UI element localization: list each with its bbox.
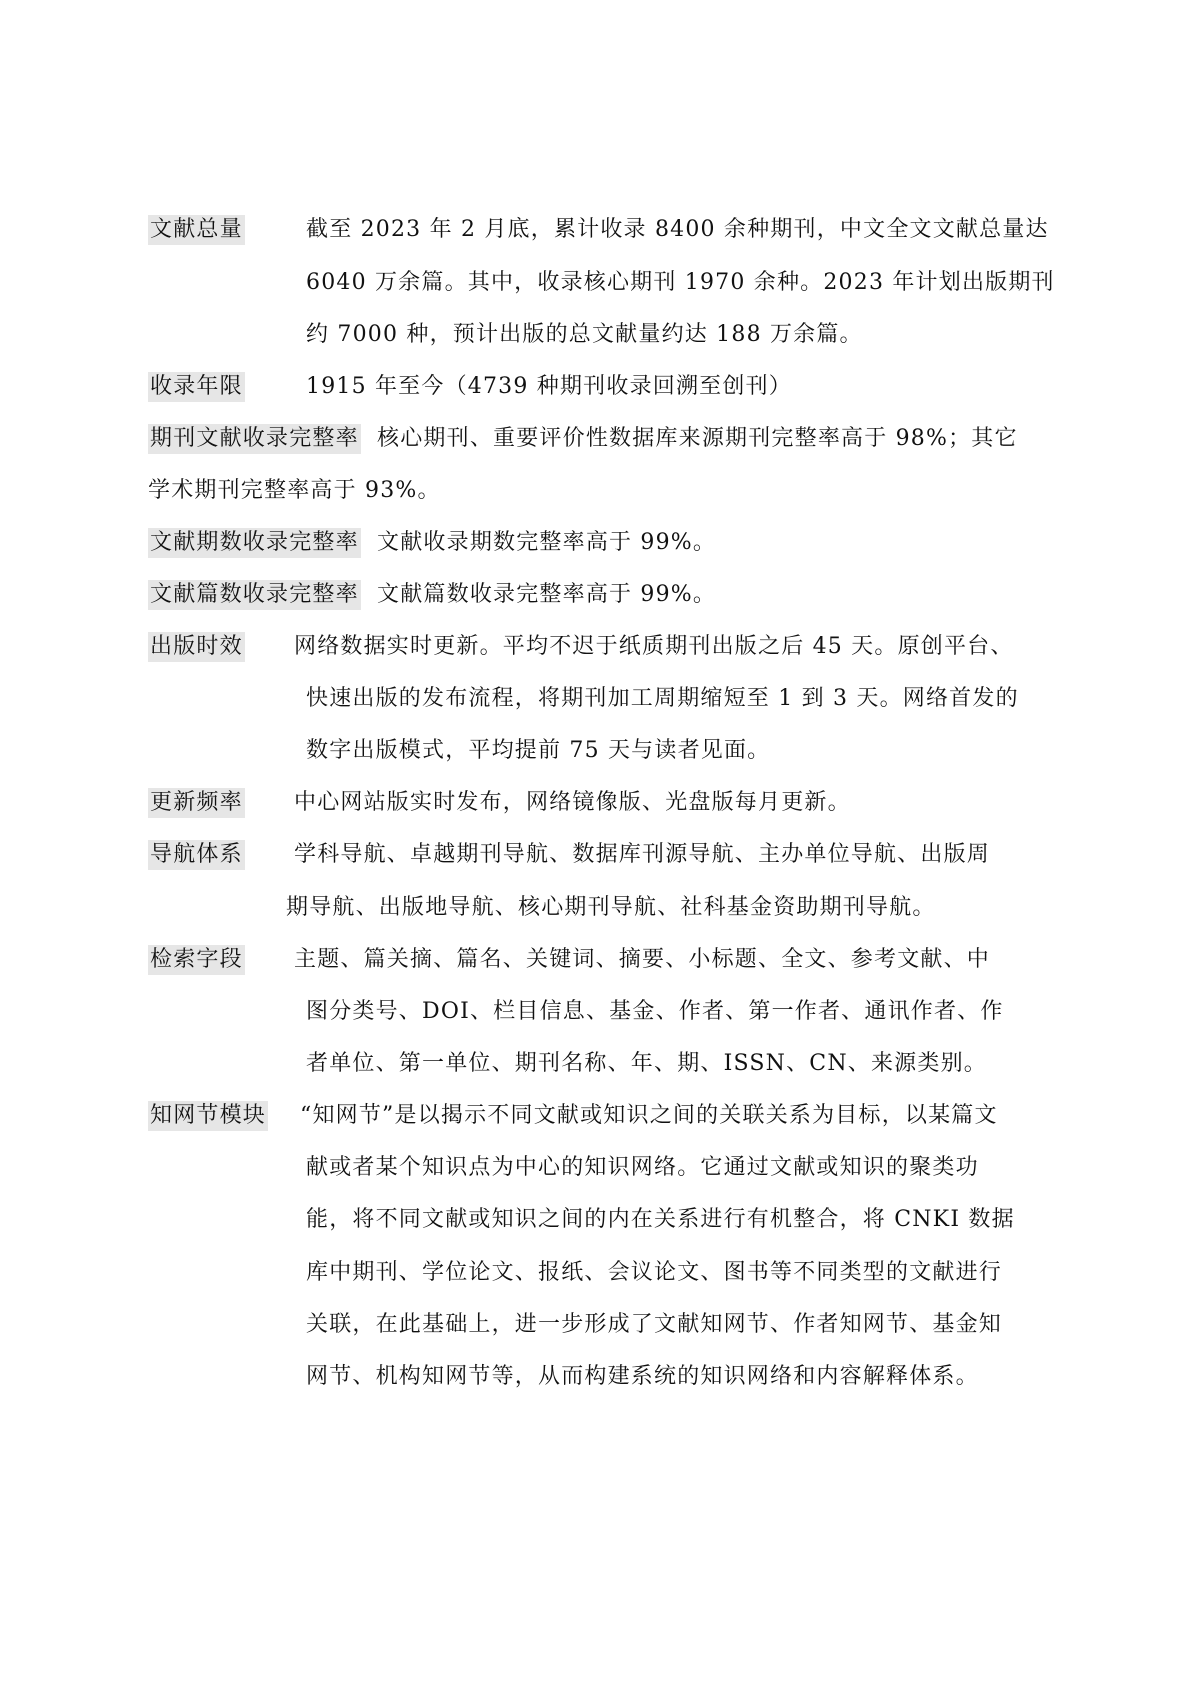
entry-text-line: 截至 2023 年 2 月底，累计收录 8400 余种期刊，中文全文文献总量达	[306, 215, 1049, 245]
entry-label: 更新频率	[148, 788, 245, 818]
entry-text-line: 献或者某个知识点为中心的知识网络。它通过文献或知识的聚类功	[306, 1153, 979, 1183]
entry-label: 知网节模块	[148, 1101, 268, 1131]
entry-coverage-years: 收录年限	[148, 372, 245, 402]
entry-text-line: 快速出版的发布流程，将期刊加工周期缩短至 1 到 3 天。网络首发的	[306, 684, 1019, 714]
entry-search-fields: 检索字段	[148, 945, 245, 975]
entry-text-line: “知网节”是以揭示不同文献或知识之间的关联关系为目标，以某篇文	[300, 1101, 998, 1131]
entry-text-line: 1915 年至今（4739 种期刊收录回溯至创刊）	[306, 372, 792, 402]
entry-update-frequency: 更新频率	[148, 788, 245, 818]
entry-navigation-system: 导航体系	[148, 840, 245, 870]
entry-text-line: 学术期刊完整率高于 93%。	[148, 476, 441, 506]
entry-text-line: 关联，在此基础上，进一步形成了文献知网节、作者知网节、基金知	[306, 1310, 1002, 1340]
entry-issue-completeness: 文献期数收录完整率 文献收录期数完整率高于 99%。	[148, 528, 716, 558]
entry-text-line: 数字出版模式，平均提前 75 天与读者见面。	[306, 736, 770, 766]
entry-label: 导航体系	[148, 840, 245, 870]
entry-label: 检索字段	[148, 945, 245, 975]
entry-text-line: 主题、篇关摘、篇名、关键词、摘要、小标题、全文、参考文献、中	[294, 945, 990, 975]
entry-label: 期刊文献收录完整率	[148, 424, 361, 454]
entry-journal-completeness: 期刊文献收录完整率 核心期刊、重要评价性数据库来源期刊完整率高于 98%；其它	[148, 424, 1018, 454]
entry-text-line: 库中期刊、学位论文、报纸、会议论文、图书等不同类型的文献进行	[306, 1258, 1002, 1288]
entry-text-line: 能，将不同文献或知识之间的内在关系进行有机整合，将 CNKI 数据	[306, 1205, 1015, 1235]
entry-label: 文献期数收录完整率	[148, 528, 361, 558]
entry-text-line: 核心期刊、重要评价性数据库来源期刊完整率高于 98%；其它	[377, 424, 1018, 454]
entry-label: 出版时效	[148, 632, 245, 662]
entry-text-line: 文献收录期数完整率高于 99%。	[377, 528, 716, 558]
entry-article-completeness: 文献篇数收录完整率 文献篇数收录完整率高于 99%。	[148, 580, 716, 610]
entry-label: 收录年限	[148, 372, 245, 402]
entry-knowledge-node-module: 知网节模块	[148, 1101, 268, 1131]
entry-text-line: 期导航、出版地导航、核心期刊导航、社科基金资助期刊导航。	[286, 893, 936, 923]
entry-label: 文献篇数收录完整率	[148, 580, 361, 610]
entry-text-line: 图分类号、DOI、栏目信息、基金、作者、第一作者、通讯作者、作	[306, 997, 1004, 1027]
entry-label: 文献总量	[148, 215, 245, 245]
entry-text-line: 网节、机构知网节等，从而构建系统的知识网络和内容解释体系。	[306, 1362, 979, 1392]
entry-publication-timeliness: 出版时效	[148, 632, 245, 662]
entry-text-line: 学科导航、卓越期刊导航、数据库刊源导航、主办单位导航、出版周	[294, 840, 990, 870]
document-page: 文献总量 截至 2023 年 2 月底，累计收录 8400 余种期刊，中文全文文…	[0, 0, 1191, 1684]
entry-text-line: 6040 万余篇。其中，收录核心期刊 1970 余种。2023 年计划出版期刊	[306, 268, 1055, 298]
entry-text-line: 网络数据实时更新。平均不迟于纸质期刊出版之后 45 天。原创平台、	[294, 632, 1014, 662]
entry-text-line: 约 7000 种，预计出版的总文献量约达 188 万余篇。	[306, 320, 863, 350]
entry-text-line: 者单位、第一单位、期刊名称、年、期、ISSN、CN、来源类别。	[306, 1049, 987, 1079]
entry-text-line: 中心网站版实时发布，网络镜像版、光盘版每月更新。	[294, 788, 851, 818]
entry-total-volume: 文献总量	[148, 215, 245, 245]
entry-text-line: 文献篇数收录完整率高于 99%。	[377, 580, 716, 610]
